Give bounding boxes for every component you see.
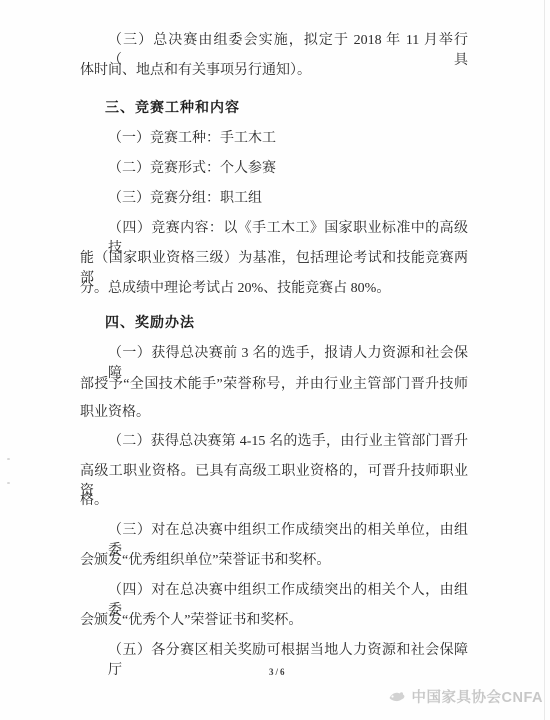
- paragraph-line: 会颁发“优秀组织单位”荣誉证书和奖杯。: [80, 551, 468, 571]
- section-heading: 三、竞赛工种和内容: [105, 99, 465, 119]
- watermark: 中国家具协会CNFA: [388, 686, 543, 707]
- document-page: （三）总决赛由组委会实施，拟定于 2018 年 11 月举行（具 体时间、地点和…: [0, 0, 550, 720]
- paragraph-line: （四）对在总决赛中组织工作成绩突出的相关个人，由组委: [108, 581, 468, 601]
- paragraph-line: （三）对在总决赛中组织工作成绩突出的相关单位，由组委: [108, 521, 468, 541]
- cnfa-logo-icon: [388, 689, 407, 705]
- paragraph-line: （一）竞赛工种：手工木工: [108, 129, 468, 149]
- scan-speck: [7, 482, 10, 484]
- section-heading: 四、奖励办法: [105, 314, 465, 334]
- paragraph-line: 体时间、地点和有关事项另行通知）。: [80, 61, 468, 81]
- paragraph-line: 高级工职业资格。已具有高级工职业资格的，可晋升技师职业资: [80, 462, 468, 482]
- page-number: 3/6: [269, 667, 287, 677]
- paragraph-line: 职业资格。: [80, 403, 468, 423]
- paragraph-line: （二）获得总决赛第 4-15 名的选手，由行业主管部门晋升: [108, 432, 468, 452]
- paragraph-line: 会颁发“优秀个人”荣誉证书和奖杯。: [80, 611, 468, 631]
- watermark-text: 中国家具协会CNFA: [412, 686, 543, 707]
- paragraph-line: （三）总决赛由组委会实施，拟定于 2018 年 11 月举行（具: [108, 31, 468, 51]
- paragraph-line: 分。总成绩中理论考试占 20%、技能竞赛占 80%。: [80, 279, 468, 299]
- paragraph-line: （一）获得总决赛前 3 名的选手，报请人力资源和社会保障: [108, 344, 468, 364]
- paragraph-line: （三）竞赛分组：职工组: [108, 189, 468, 209]
- scan-speck: [7, 458, 10, 460]
- paragraph-line: 部授予“全国技术能手”荣誉称号，并由行业主管部门晋升技师: [80, 375, 468, 395]
- paragraph-line: （五）各分赛区相关奖励可根据当地人力资源和社会保障厅: [108, 641, 468, 661]
- paragraph-line: （二）竞赛形式：个人参赛: [108, 159, 468, 179]
- paragraph-line: （四）竞赛内容：以《手工木工》国家职业标准中的高级技: [108, 219, 468, 239]
- scan-edge-artifact: [544, 0, 545, 720]
- paragraph-line: 格。: [80, 491, 468, 511]
- paragraph-line: 能（国家职业资格三级）为基准，包括理论考试和技能竞赛两部: [80, 249, 468, 269]
